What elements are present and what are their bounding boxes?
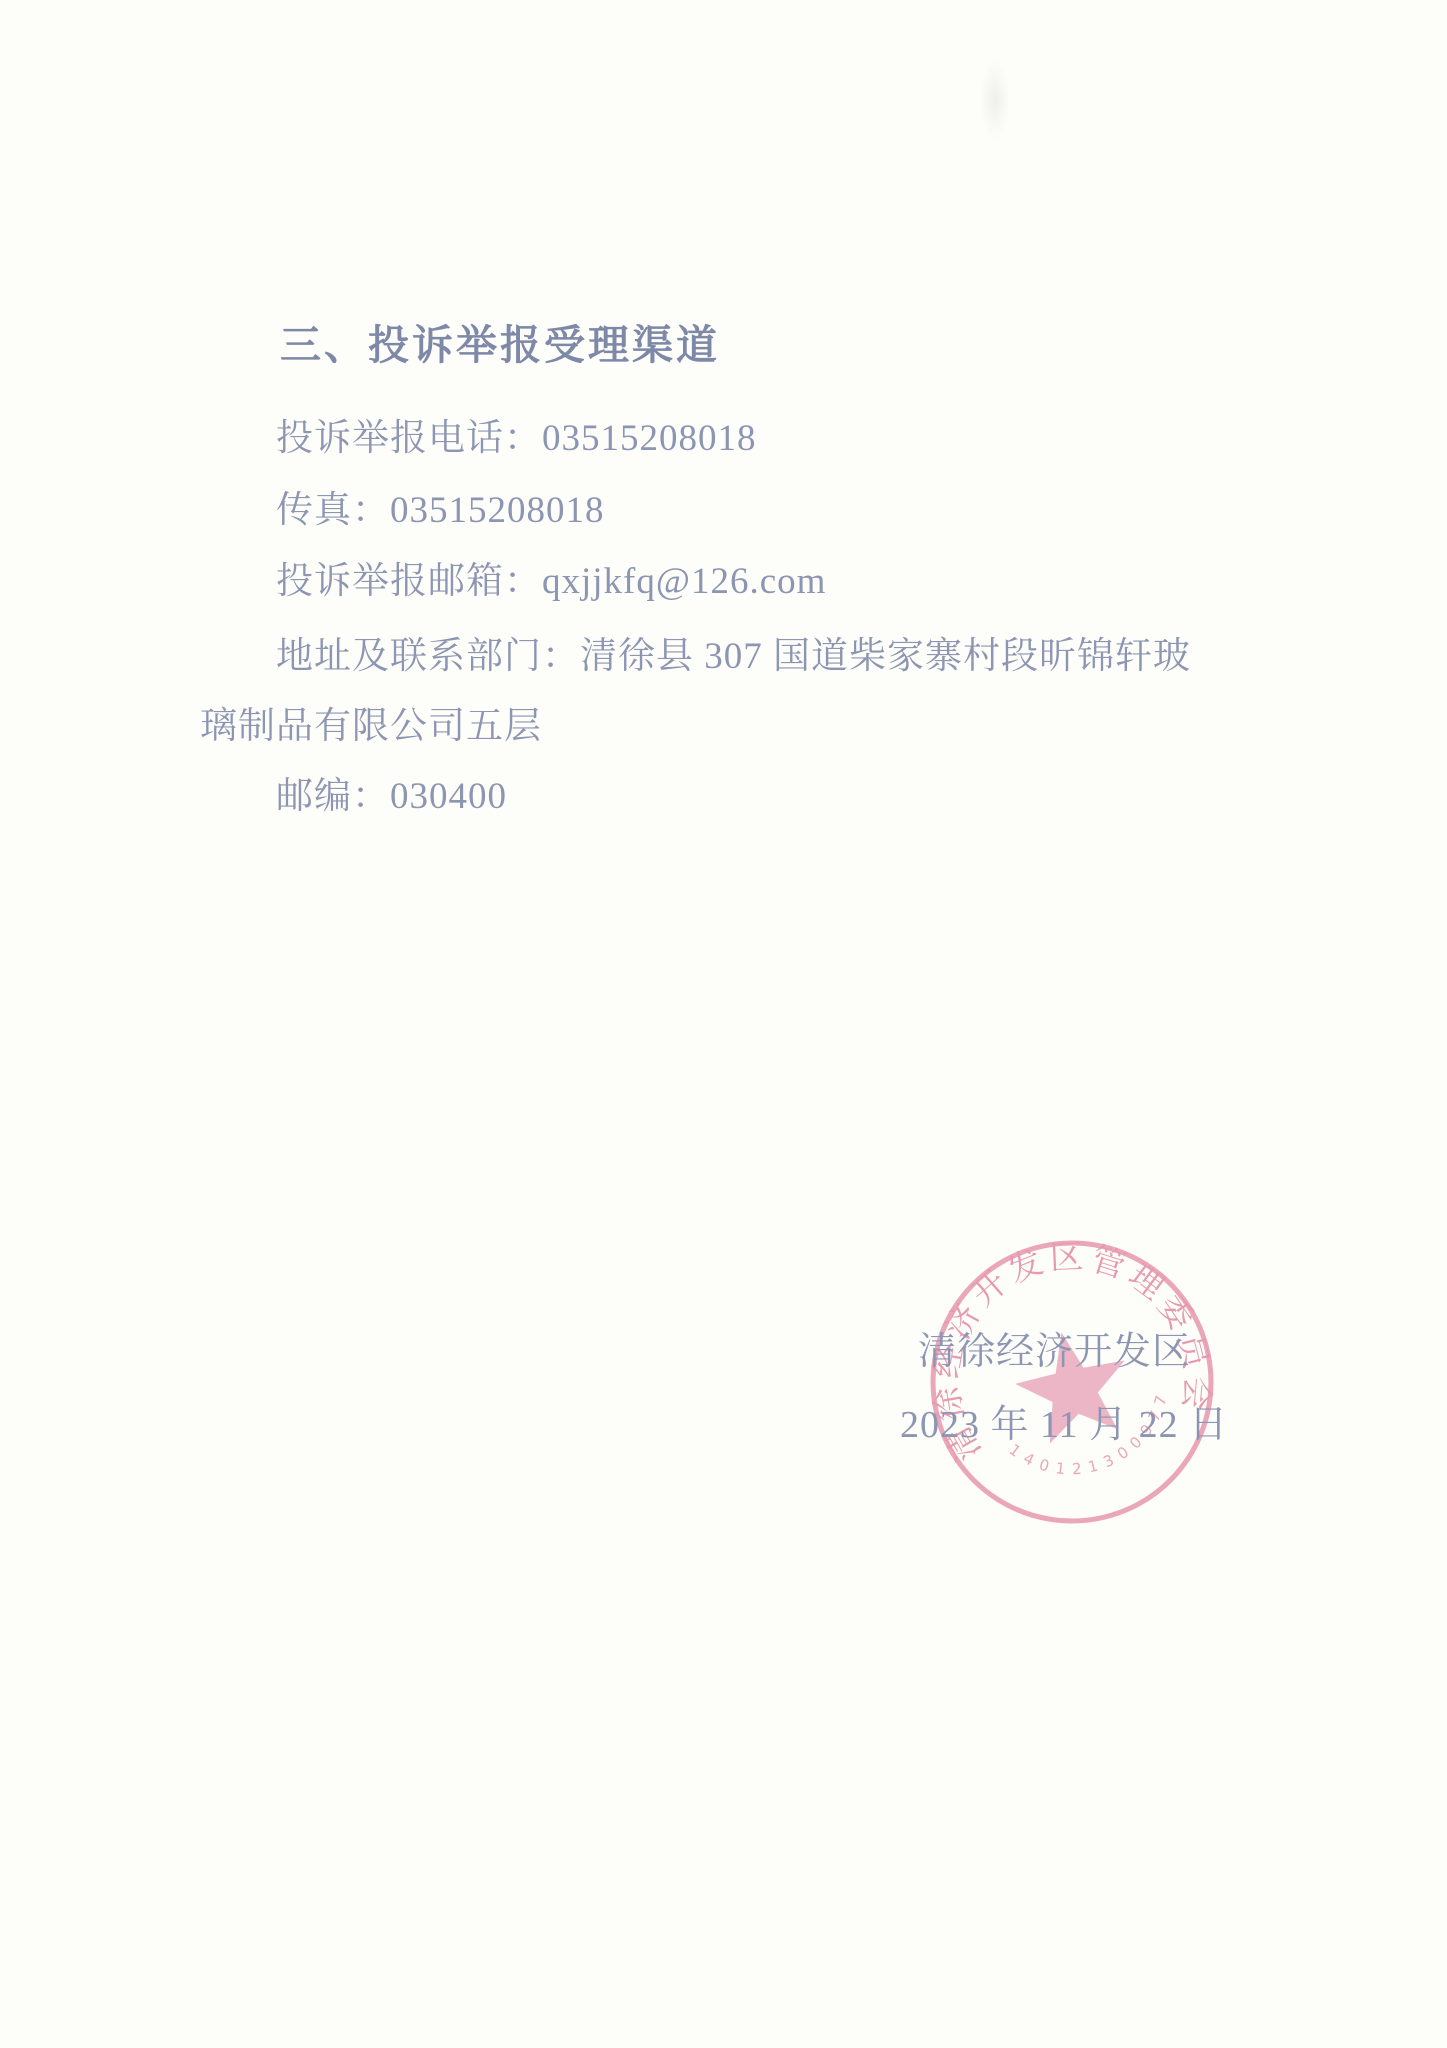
signature-organization: 清徐经济开发区 <box>918 1320 1191 1375</box>
signature-date: 2023 年 11 月 22 日 <box>900 1393 1228 1448</box>
document-line: 邮编：030400 <box>200 775 1336 819</box>
document-line: 璃制品有限公司五层 <box>200 705 1260 749</box>
document-line: 传真：03515208018 <box>200 489 1336 533</box>
document-line: 地址及联系部门：清徐县 307 国道柴家寨村段昕锦轩玻 <box>200 635 1336 679</box>
document-line: 投诉举报电话：03515208018 <box>200 417 1336 461</box>
document-page: 三、投诉举报受理渠道 投诉举报电话：03515208018传真：03515208… <box>0 0 1447 2048</box>
official-seal-stamp: 清徐经济开发区管理委员会 1401213009778 <box>904 1214 1241 1551</box>
scan-artifact <box>980 60 1010 140</box>
document-line: 投诉举报邮箱：qxjjkfq@126.com <box>200 560 1336 604</box>
section-heading: 三、投诉举报受理渠道 <box>280 321 720 369</box>
